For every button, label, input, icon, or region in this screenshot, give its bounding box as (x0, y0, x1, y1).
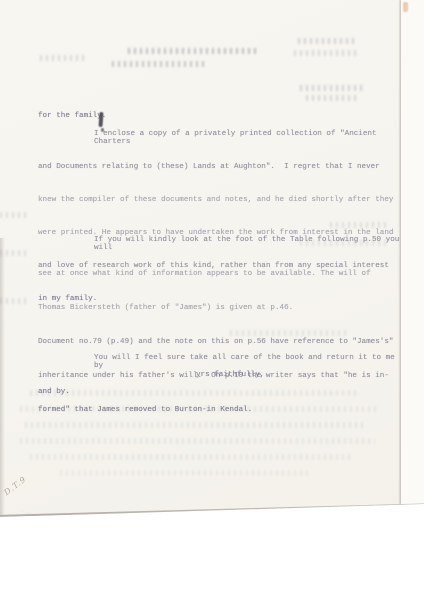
paragraph-3: You will I feel sure take all care of th… (38, 338, 402, 422)
letter-line: You will I feel sure take all care of th… (38, 354, 402, 372)
ink-blot-drop (101, 128, 104, 132)
corner-speck (403, 2, 408, 12)
scanned-letter-screenshot: { "letter": { "opening_fragment": "for t… (0, 0, 424, 600)
letter-page: for the family. I enclose a copy of a pr… (0, 0, 424, 520)
signoff: yrs faithfully, (196, 371, 264, 379)
pencil-note: D.T.9 (2, 475, 28, 498)
letter-line: see at once what kind of information app… (38, 270, 402, 288)
bleedthrough-smudge (30, 454, 350, 460)
letter-line: knew the compiler of these documents and… (38, 196, 402, 213)
letter-body: for the family. I enclose a copy of a pr… (38, 0, 402, 96)
page-edge-left-shadow (0, 238, 5, 516)
letter-line: I enclose a copy of a privately printed … (38, 130, 402, 147)
letter-line: and Documents relating to (these) Lands … (38, 163, 402, 180)
page-edge-right (401, 0, 424, 507)
bleedthrough-smudge (0, 212, 30, 218)
letter-line: and by. (38, 388, 402, 406)
letter-line: Thomas Bickersteth (father of "James") i… (38, 304, 402, 322)
bleedthrough-smudge (60, 470, 310, 476)
letter-line: If you will kindly look at the foot of t… (38, 236, 402, 254)
